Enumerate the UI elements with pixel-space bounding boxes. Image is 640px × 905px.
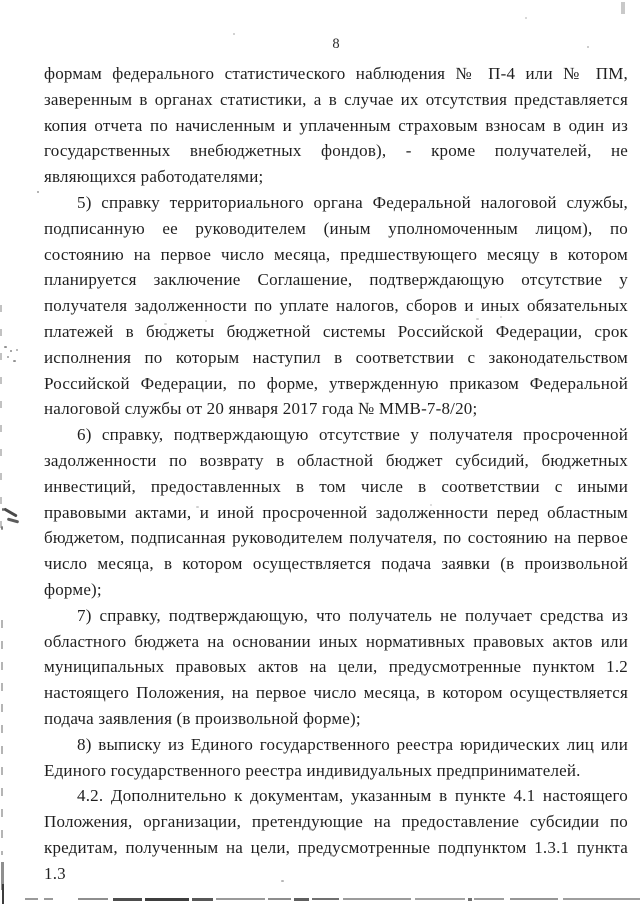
scan-artifact-left-dashes-upper (0, 305, 2, 535)
paragraph-4-2: 4.2. Дополнительно к документам, указанн… (44, 783, 628, 886)
page-number: 8 (44, 36, 628, 53)
scanned-document-page: 8 формам федерального статистического на… (0, 0, 640, 905)
paragraph-item-8: 8) выписку из Единого государственного р… (44, 732, 628, 784)
scan-artifact-squiggle (3, 507, 17, 517)
scan-artifact-squiggle (7, 517, 19, 523)
paragraph-item-6: 6) справку, подтверждающую отсутствие у … (44, 422, 628, 603)
scan-speck (476, 318, 479, 320)
scan-artifact-left-dashes-lower (1, 620, 3, 855)
scan-speck (430, 504, 432, 506)
scan-speck (4, 346, 7, 348)
scan-speck (2, 508, 4, 511)
scan-speck (10, 350, 12, 352)
scan-speck (205, 320, 207, 322)
scan-speck (16, 349, 18, 351)
scan-speck (500, 316, 502, 318)
scan-speck (587, 46, 589, 48)
paragraph-continuation: формам федерального статистического набл… (44, 61, 628, 190)
scan-artifact-top-right (621, 2, 625, 14)
scan-artifact-bottom-line (0, 898, 640, 902)
scan-speck (281, 880, 284, 882)
scan-speck (233, 33, 235, 35)
scan-speck (525, 17, 527, 19)
scan-speck (37, 191, 39, 193)
scan-speck (7, 356, 9, 358)
document-body: формам федерального статистического набл… (44, 61, 628, 887)
paragraph-item-7: 7) справку, подтверждающую, что получате… (44, 603, 628, 732)
scan-speck (13, 360, 16, 362)
scan-speck (1, 526, 3, 530)
scan-speck (164, 323, 167, 325)
scan-speck (196, 506, 199, 508)
paragraph-item-5: 5) справку территориального органа Федер… (44, 190, 628, 422)
